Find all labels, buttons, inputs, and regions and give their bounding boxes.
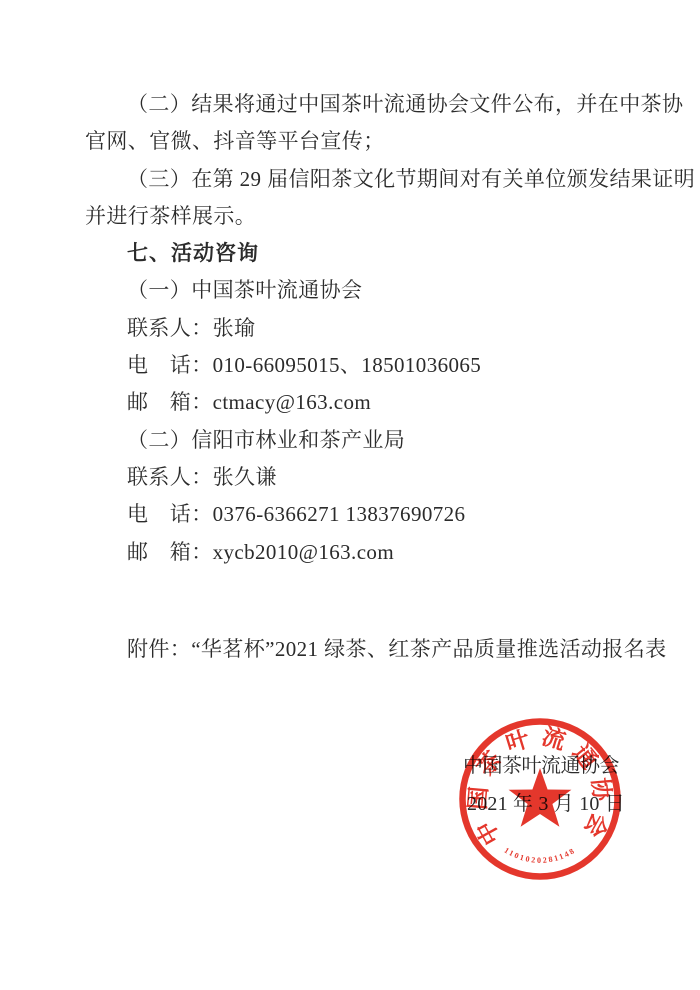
signature-date: 2021 年 3 月 10 日: [467, 787, 625, 816]
body-text: （二）结果将通过中国茶叶流通协会文件公布，并在中茶协 官网、官微、抖音等平台宣传…: [85, 86, 641, 571]
paragraph-ceremony-cont: 并进行茶样展示。: [85, 198, 641, 235]
seal-number-text: 1101020281148: [503, 846, 578, 865]
org-2-name: （二）信阳市林业和茶产业局: [85, 422, 641, 459]
signature-org: 中国茶叶流通协会: [463, 749, 619, 778]
paragraph-ceremony: （三）在第 29 届信阳茶文化节期间对有关单位颁发结果证明: [85, 161, 641, 198]
attachment-line: 附件：“华茗杯”2021 绿茶、红茶产品质量推选活动报名表: [85, 631, 665, 668]
org-1-email: 邮 箱：ctmacy@163.com: [85, 384, 641, 421]
org-2-phone: 电 话：0376-6366271 13837690726: [85, 496, 641, 533]
section-heading-consultation: 七、活动咨询: [85, 235, 641, 272]
paragraph-result-publish: （二）结果将通过中国茶叶流通协会文件公布，并在中茶协: [85, 86, 641, 123]
org-1-phone: 电 话：010-66095015、18501036065: [85, 347, 641, 384]
paragraph-result-publish-cont: 官网、官微、抖音等平台宣传；: [85, 123, 641, 160]
org-1-contact-person: 联系人：张瑜: [85, 310, 641, 347]
document-page: （二）结果将通过中国茶叶流通协会文件公布，并在中茶协 官网、官微、抖音等平台宣传…: [0, 0, 700, 990]
org-2-contact-person: 联系人：张久谦: [85, 459, 641, 496]
org-1-name: （一）中国茶叶流通协会: [85, 272, 641, 309]
org-2-email: 邮 箱：xycb2010@163.com: [85, 534, 641, 571]
